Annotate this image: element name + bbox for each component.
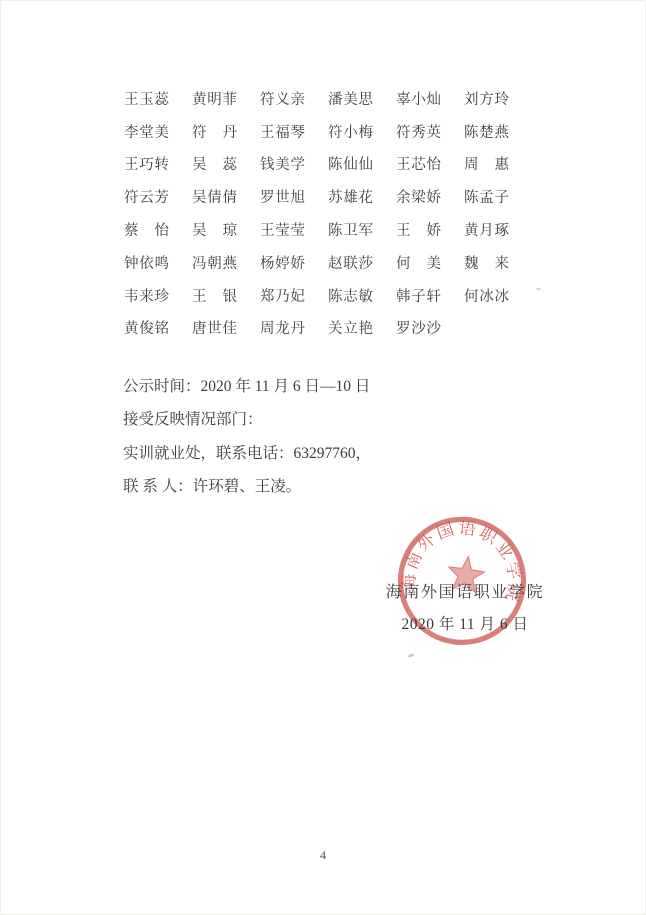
notice-line-publicity-period: 公示时间：2020 年 11 月 6 日—10 日: [123, 370, 371, 403]
page-number: 4: [0, 848, 646, 863]
person-name: 苏雄花: [328, 186, 373, 207]
person-name: 何冰冰: [464, 285, 509, 306]
person-name: 韩子轩: [396, 285, 441, 306]
person-name: 赵联莎: [328, 252, 373, 273]
person-name: 关立艳: [328, 317, 373, 338]
person-name: 符丹: [192, 121, 237, 142]
person-name: 黄月琢: [464, 219, 509, 240]
person-name: 王巧转: [124, 153, 169, 174]
person-name: 吴倩倩: [192, 186, 237, 207]
person-name: 罗世旭: [260, 186, 305, 207]
scan-artifact: [408, 653, 415, 658]
person-name: 钱美学: [260, 153, 305, 174]
person-name: 王银: [192, 285, 237, 306]
person-name: 余梁娇: [396, 186, 441, 207]
scan-artifact: [536, 288, 541, 290]
person-name: 杨婷娇: [260, 252, 305, 273]
name-row: 王巧转吴蕊钱美学陈仙仙王芯怡周惠: [124, 148, 509, 181]
person-name: 陈仙仙: [328, 153, 373, 174]
name-list: 王玉蕊黄明菲符义亲潘美思辜小灿刘方玲李堂美符丹王福琴符小梅符秀英陈楚燕王巧转吴蕊…: [124, 82, 509, 344]
person-name: 黄俊铭: [124, 317, 169, 338]
person-name: 郑乃妃: [260, 285, 305, 306]
person-name: 辜小灿: [396, 88, 441, 109]
notice-line-contact-phone: 实训就业处，联系电话：63297760，: [123, 437, 371, 470]
person-name: 刘方玲: [464, 88, 509, 109]
name-row: 黄俊铭唐世佳周龙丹关立艳罗沙沙: [124, 312, 509, 345]
signature-date: 2020 年 11 月 6 日: [340, 609, 590, 641]
person-name: 王莹莹: [260, 219, 305, 240]
person-name: 陈孟子: [464, 186, 509, 207]
notice-line-contact-person: 联 系 人：许环碧、王凌。: [123, 470, 371, 503]
person-name: 周惠: [464, 153, 509, 174]
name-row: 王玉蕊黄明菲符义亲潘美思辜小灿刘方玲: [124, 82, 509, 115]
name-row: 符云芳吴倩倩罗世旭苏雄花余梁娇陈孟子: [124, 180, 509, 213]
name-row: 钟依鸣冯朝燕杨婷娇赵联莎何美魏来: [124, 246, 509, 279]
signature-organization: 海南外国语职业学院: [340, 577, 590, 609]
person-name: 钟依鸣: [124, 252, 169, 273]
person-name: 王芯怡: [396, 153, 441, 174]
notice-block: 公示时间：2020 年 11 月 6 日—10 日 接受反映情况部门： 实训就业…: [123, 370, 371, 504]
person-name: 陈卫军: [328, 219, 373, 240]
person-name: 唐世佳: [192, 317, 237, 338]
person-name: 周龙丹: [260, 317, 305, 338]
person-name: 冯朝燕: [192, 252, 237, 273]
signature-block: 海南外国语职业学院 2020 年 11 月 6 日: [340, 577, 590, 641]
person-name: 罗沙沙: [396, 317, 441, 338]
person-name: 符义亲: [260, 88, 305, 109]
person-name: 符秀英: [396, 121, 441, 142]
person-name: 陈楚燕: [464, 121, 509, 142]
person-name: 符云芳: [124, 186, 169, 207]
person-name: 黄明菲: [192, 88, 237, 109]
person-name: 李堂美: [124, 121, 169, 142]
document-page: 王玉蕊黄明菲符义亲潘美思辜小灿刘方玲李堂美符丹王福琴符小梅符秀英陈楚燕王巧转吴蕊…: [0, 0, 646, 915]
person-name: 王玉蕊: [124, 88, 169, 109]
name-row: 韦来珍王银郑乃妃陈志敏韩子轩何冰冰: [124, 279, 509, 312]
person-name: 陈志敏: [328, 285, 373, 306]
person-name: 魏来: [464, 252, 509, 273]
person-name: 何美: [396, 252, 441, 273]
person-name: 王娇: [396, 219, 441, 240]
notice-line-feedback-department: 接受反映情况部门：: [123, 403, 371, 436]
person-name: 蔡怡: [124, 219, 169, 240]
person-name: 吴琼: [192, 219, 237, 240]
name-row: 李堂美符丹王福琴符小梅符秀英陈楚燕: [124, 115, 509, 148]
person-name: 王福琴: [260, 121, 305, 142]
person-name: 符小梅: [328, 121, 373, 142]
person-name: 吴蕊: [192, 153, 237, 174]
person-name: 潘美思: [328, 88, 373, 109]
person-name: 韦来珍: [124, 285, 169, 306]
name-row: 蔡怡吴琼王莹莹陈卫军王娇黄月琢: [124, 213, 509, 246]
